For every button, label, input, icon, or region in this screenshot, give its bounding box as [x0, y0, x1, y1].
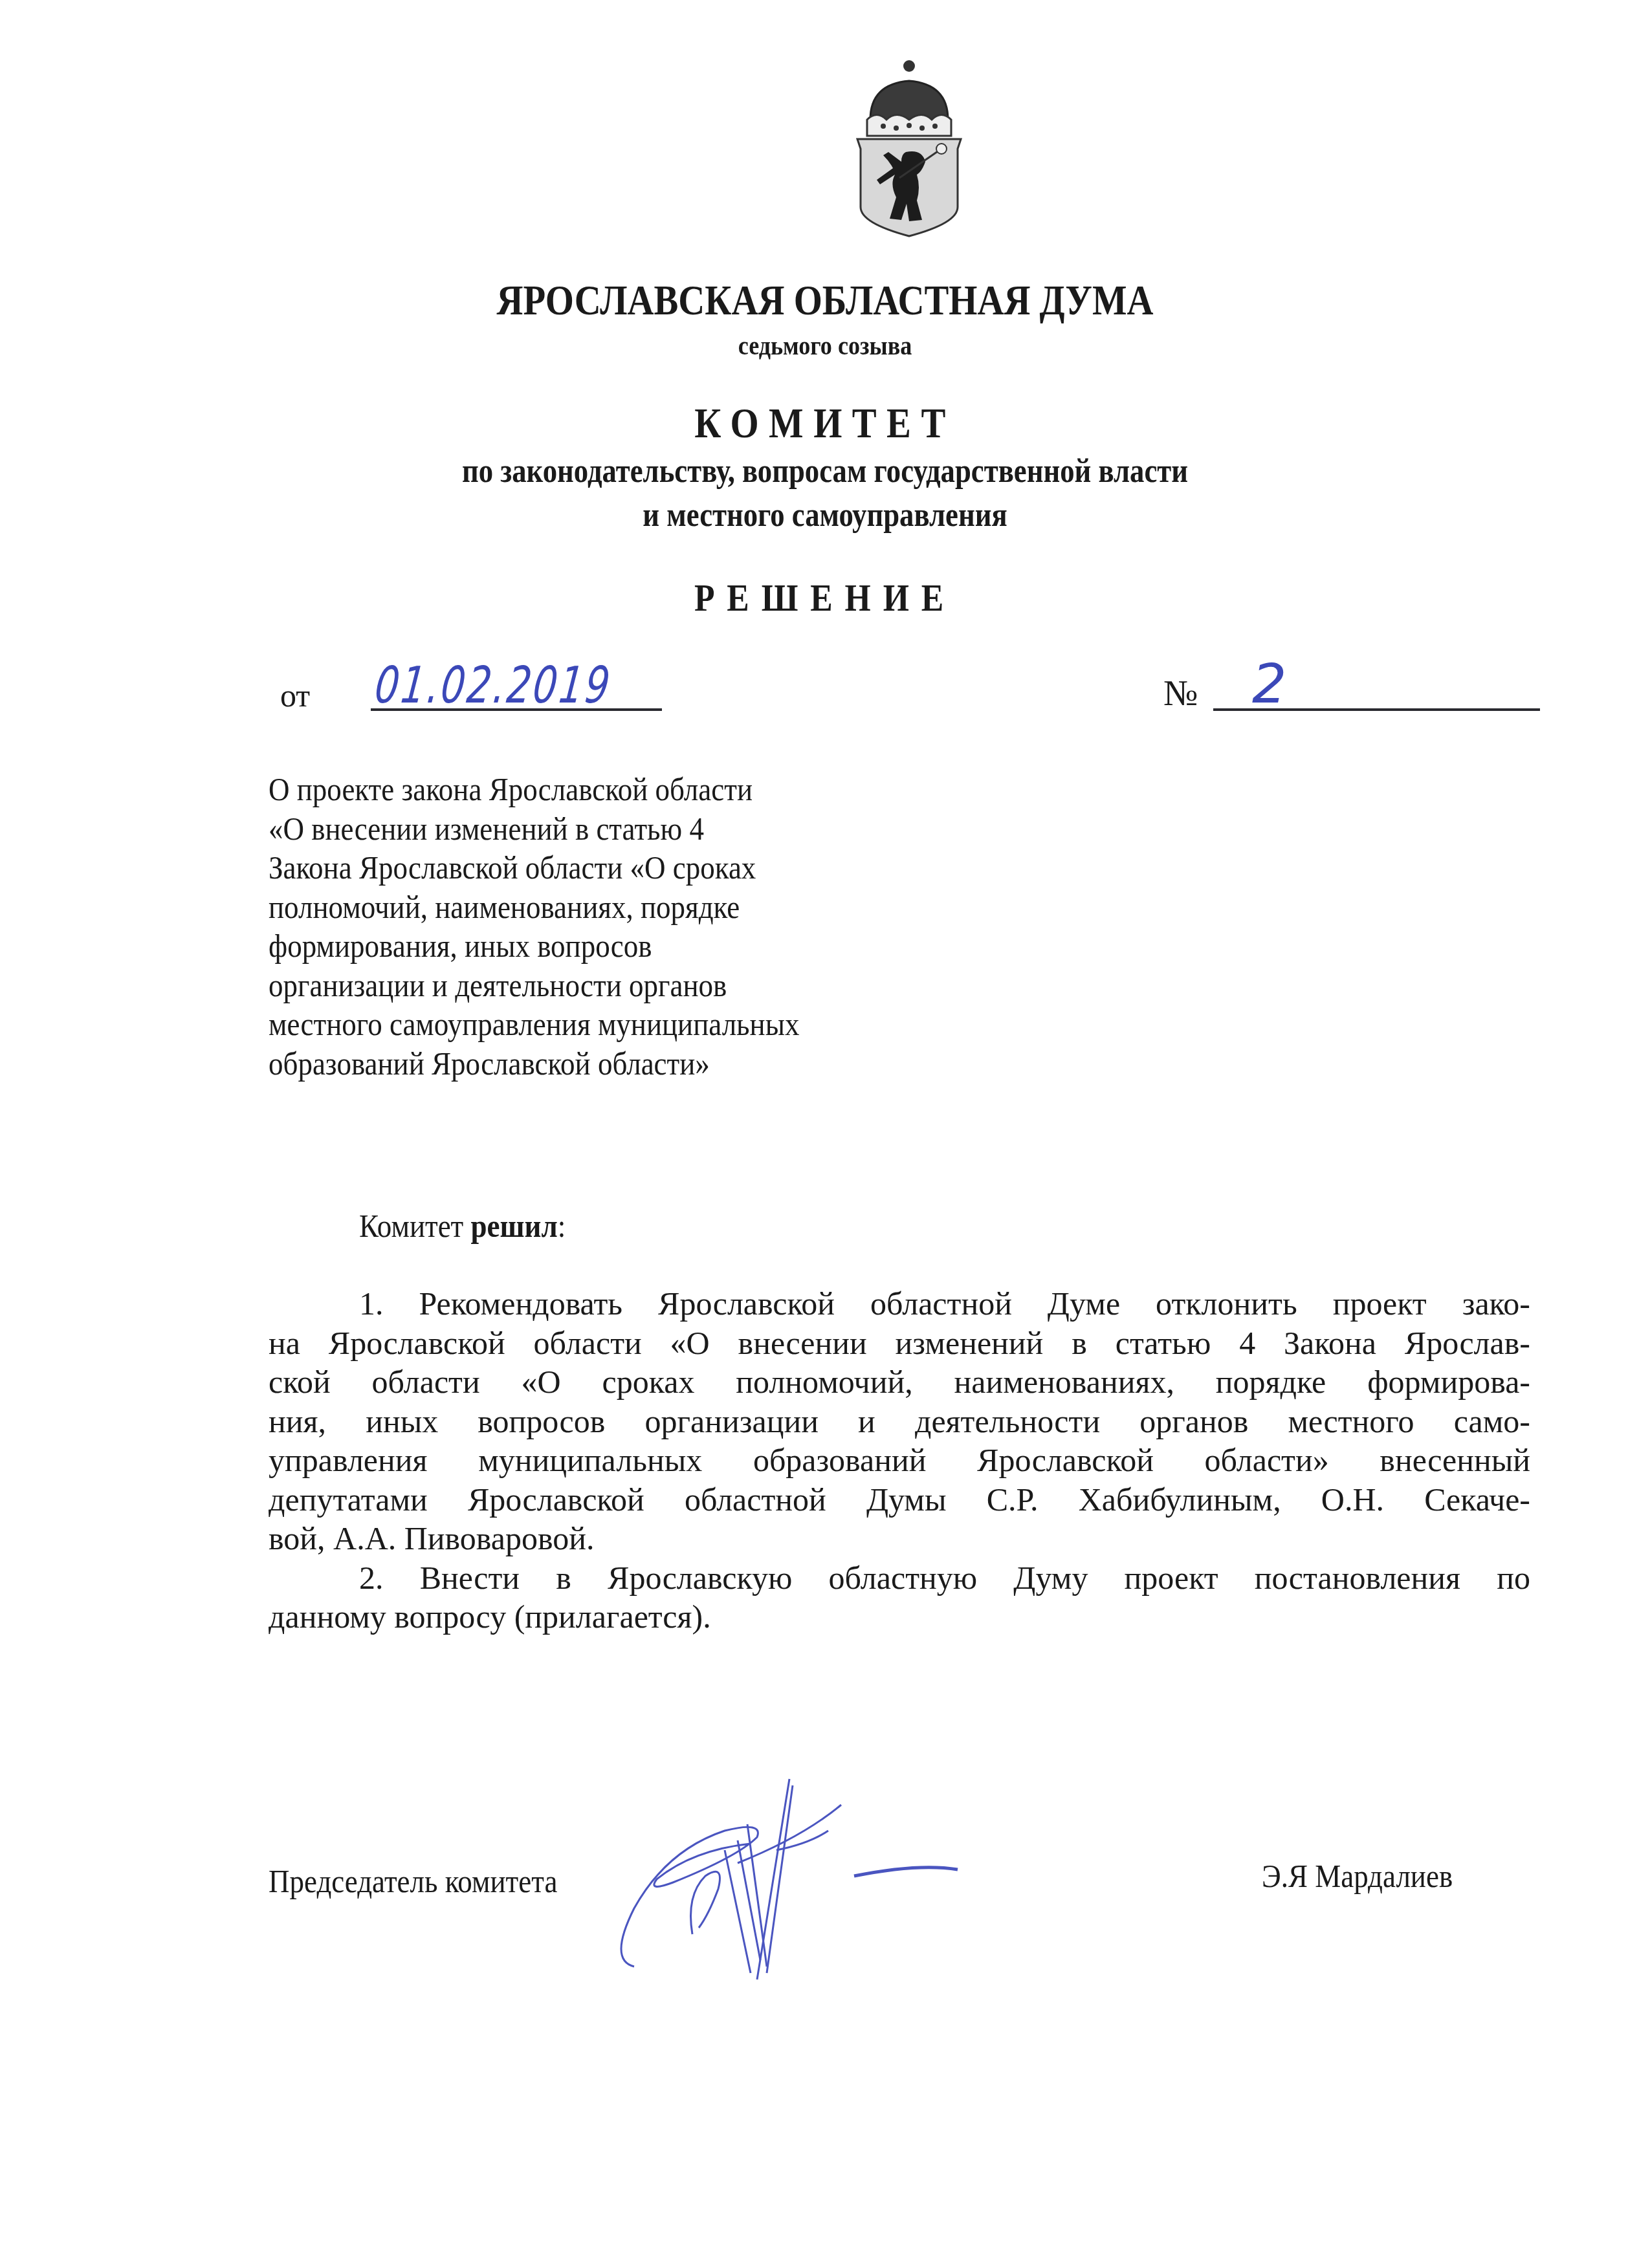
decision-intro: Комитет решил:	[359, 1206, 566, 1245]
committee-subtitle: по законодательству, вопросам государств…	[116, 450, 1535, 538]
body-line: ской области «О сроках полномочий, наиме…	[269, 1362, 1530, 1402]
committee-subtitle-line: по законодательству, вопросам государств…	[116, 450, 1535, 494]
decision-intro-suffix: :	[558, 1208, 566, 1244]
body-line: на Ярославской области «О внесении измен…	[269, 1324, 1530, 1363]
decision-body: 1. Рекомендовать Ярославской областной Д…	[269, 1284, 1530, 1637]
body-line: вой, А.А. Пивоваровой.	[269, 1519, 1530, 1558]
date-label: от	[280, 676, 310, 715]
document-subject: О проекте закона Ярославской области «О …	[269, 770, 1045, 1083]
subject-line: Закона Ярославской области «О сроках	[269, 848, 967, 888]
body-line: ния, иных вопросов организации и деятель…	[269, 1402, 1530, 1441]
organization-title: ЯРОСЛАВСКАЯ ОБЛАСТНАЯ ДУМА	[116, 275, 1535, 327]
subject-line: полномочий, наименованиях, порядке	[269, 888, 967, 927]
subject-line: организации и деятельности органов	[269, 966, 967, 1005]
subject-line: «О внесении изменений в статью 4	[269, 809, 967, 849]
convocation-subtitle: седьмого созыва	[116, 330, 1535, 362]
subject-line: О проекте закона Ярославской области	[269, 770, 967, 809]
body-line: управления муниципальных образований Яро…	[269, 1441, 1530, 1480]
subject-line: образований Ярославской области»	[269, 1044, 967, 1084]
subject-line: формирования, иных вопросов	[269, 926, 967, 966]
date-underline	[371, 708, 662, 711]
body-line: данному вопросу (прилагается).	[269, 1597, 1530, 1637]
document-type-heading: РЕШЕНИЕ	[116, 574, 1535, 621]
coat-of-arms-icon	[844, 58, 974, 239]
date-handwritten: 01.02.2019	[373, 660, 614, 712]
body-line: 1. Рекомендовать Ярославской областной Д…	[269, 1284, 1530, 1324]
signatory-name: Э.Я Мардалиев	[1262, 1857, 1453, 1895]
number-label: №	[1163, 673, 1198, 714]
body-line: депутатами Ярославской областной Думы С.…	[269, 1480, 1530, 1520]
handwritten-signature-icon	[595, 1766, 1126, 2012]
committee-heading: КОМИТЕТ	[116, 398, 1535, 450]
number-underline	[1213, 708, 1540, 711]
number-handwritten: 2	[1252, 657, 1286, 711]
decision-intro-prefix: Комитет	[359, 1208, 471, 1244]
body-line: 2. Внести в Ярославскую областную Думу п…	[269, 1558, 1530, 1598]
subject-line: местного самоуправления муниципальных	[269, 1005, 967, 1044]
committee-subtitle-line: и местного самоуправления	[116, 494, 1535, 538]
signatory-position: Председатель комитета	[269, 1862, 557, 1901]
decision-intro-bold: решил	[471, 1208, 558, 1244]
